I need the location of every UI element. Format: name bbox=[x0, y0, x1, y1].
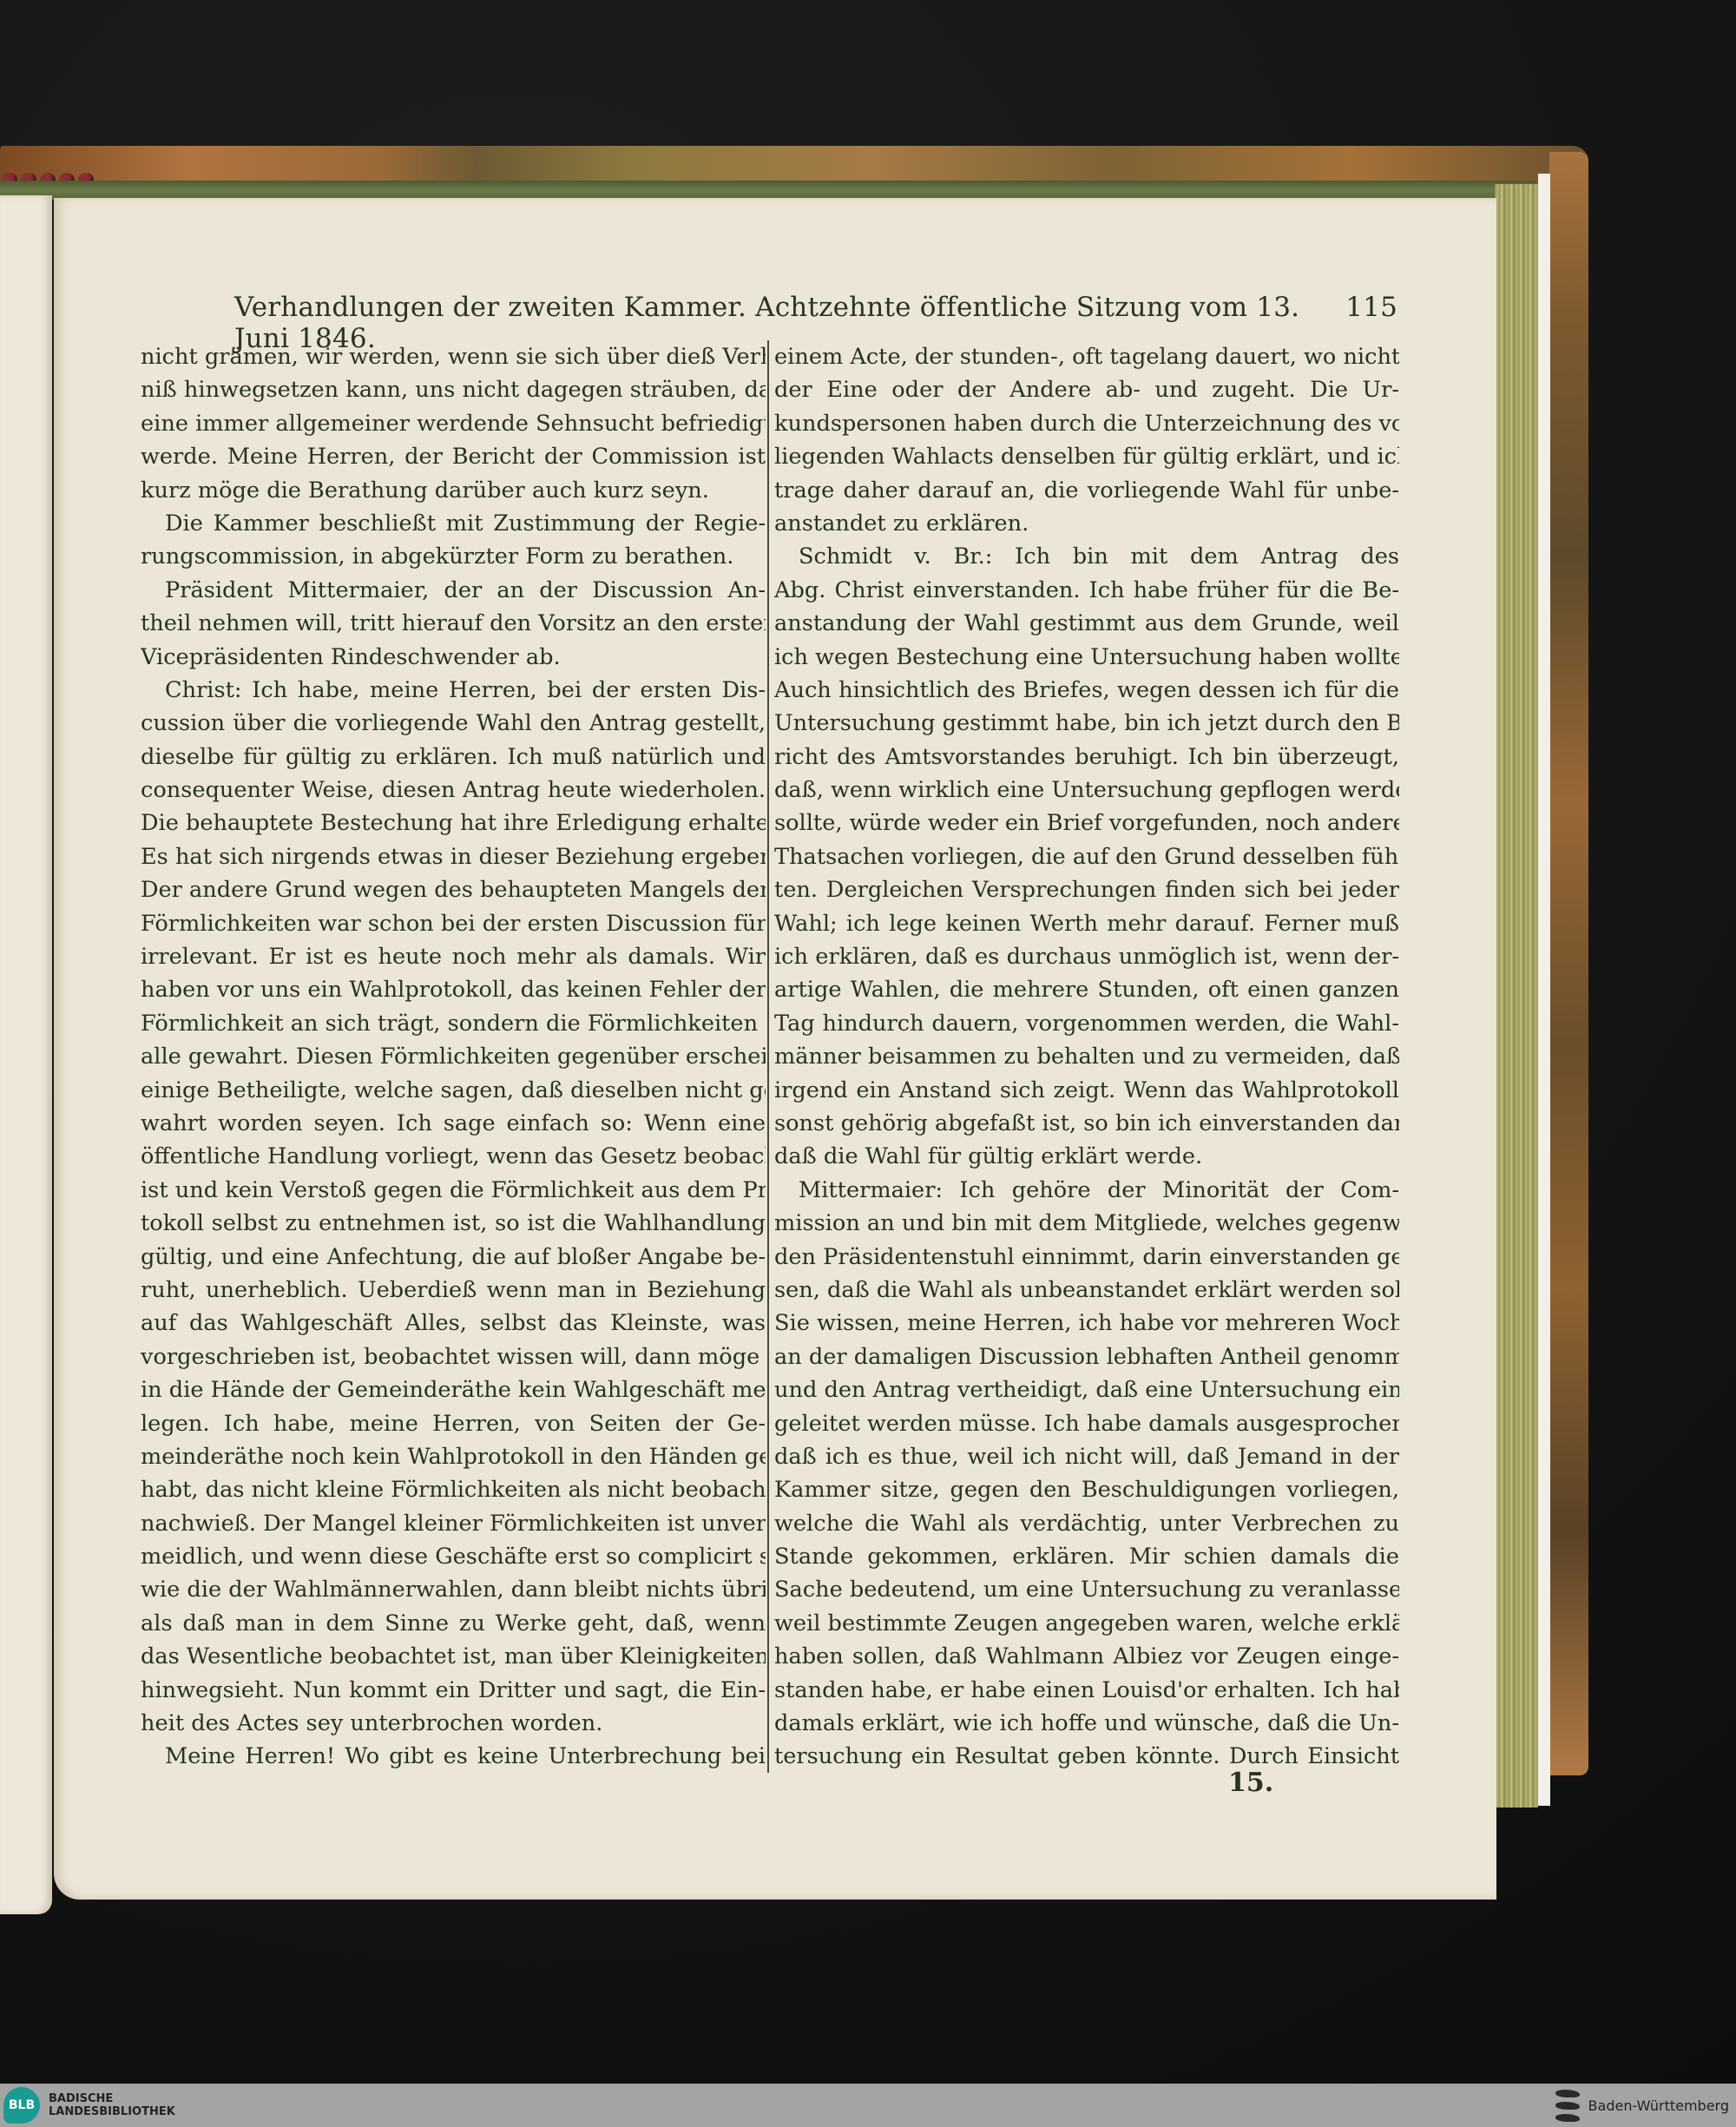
text-line: anstandung der Wahl gestimmt aus dem Gru… bbox=[774, 607, 1399, 640]
endpaper-strip bbox=[1538, 174, 1550, 1806]
text-line: ich wegen Bestechung eine Untersuchung h… bbox=[774, 641, 1399, 674]
page-number: 115 bbox=[1345, 292, 1397, 323]
text-line: Der andere Grund wegen des behaupteten M… bbox=[141, 873, 766, 906]
text-line: Sie wissen, meine Herren, ich habe vor m… bbox=[774, 1307, 1399, 1340]
text-line: tersuchung ein Resultat geben könnte. Du… bbox=[774, 1740, 1399, 1773]
text-line: niß hinwegsetzen kann, uns nicht dagegen… bbox=[141, 373, 766, 406]
text-line: Präsident Mittermaier, der an der Discus… bbox=[141, 574, 766, 607]
text-line: ich erklären, daß es durchaus unmöglich … bbox=[774, 940, 1399, 973]
text-line: daß ich es thue, weil ich nicht will, da… bbox=[774, 1440, 1399, 1473]
text-line: Abg. Christ einverstanden. Ich habe früh… bbox=[774, 574, 1399, 607]
text-line: Vicepräsidenten Rindeschwender ab. bbox=[141, 641, 766, 674]
text-line: meidlich, und wenn diese Geschäfte erst … bbox=[141, 1540, 766, 1573]
text-line: richt des Amtsvorstandes beruhigt. Ich b… bbox=[774, 741, 1399, 774]
text-line: irrelevant. Er ist es heute noch mehr al… bbox=[141, 940, 766, 973]
text-line: Förmlichkeiten war schon bei der ersten … bbox=[141, 907, 766, 940]
text-line: Sache bedeutend, um eine Untersuchung zu… bbox=[774, 1573, 1399, 1606]
text-line: einem Acte, der stunden-, oft tagelang d… bbox=[774, 340, 1399, 373]
text-column-left: nicht grämen, wir werden, wenn sie sich … bbox=[141, 340, 766, 1774]
text-line: heit des Actes sey unterbrochen worden. bbox=[141, 1707, 766, 1740]
blb-name: BADISCHE LANDESBIBLIOTHEK bbox=[49, 2092, 175, 2118]
text-line: dieselbe für gültig zu erklären. Ich muß… bbox=[141, 741, 766, 774]
text-line: ist und kein Verstoß gegen die Förmlichk… bbox=[141, 1174, 766, 1207]
text-line: ruht, unerheblich. Ueberdieß wenn man in… bbox=[141, 1274, 766, 1307]
text-line: in die Hände der Gemeinderäthe kein Wahl… bbox=[141, 1373, 766, 1406]
text-line: daß, wenn wirklich eine Untersuchung gep… bbox=[774, 774, 1399, 807]
text-line: das Wesentliche beobachtet ist, man über… bbox=[141, 1640, 766, 1673]
text-column-right: einem Acte, der stunden-, oft tagelang d… bbox=[774, 340, 1399, 1774]
text-line: wie die der Wahlmännerwahlen, dann bleib… bbox=[141, 1573, 766, 1606]
text-line: Es hat sich nirgends etwas in dieser Bez… bbox=[141, 840, 766, 873]
text-line: geleitet werden müsse. Ich habe damals a… bbox=[774, 1407, 1399, 1440]
text-line: Auch hinsichtlich des Briefes, wegen des… bbox=[774, 674, 1399, 707]
text-line: kundspersonen haben durch die Unterzeich… bbox=[774, 407, 1399, 440]
book-cover-right-edge bbox=[1549, 152, 1588, 1775]
text-line: auf das Wahlgeschäft Alles, selbst das K… bbox=[141, 1307, 766, 1340]
text-line: damals erklärt, wie ich hoffe und wünsch… bbox=[774, 1707, 1399, 1740]
facing-page-sliver bbox=[0, 195, 52, 1914]
text-line: Die behauptete Bestechung hat ihre Erled… bbox=[141, 807, 766, 840]
text-line: Untersuchung gestimmt habe, bin ich jetz… bbox=[774, 707, 1399, 740]
text-line: den Präsidentenstuhl einnimmt, darin ein… bbox=[774, 1241, 1399, 1274]
text-line: Stande gekommen, erklären. Mir schien da… bbox=[774, 1540, 1399, 1573]
text-line: öffentliche Handlung vorliegt, wenn das … bbox=[141, 1140, 766, 1173]
text-line: Kammer sitze, gegen den Beschuldigungen … bbox=[774, 1473, 1399, 1506]
text-line: rungscommission, in abgekürzter Form zu … bbox=[141, 540, 766, 573]
text-line: vorgeschrieben ist, beobachtet wissen wi… bbox=[141, 1340, 766, 1373]
column-divider bbox=[767, 340, 769, 1773]
text-line: tokoll selbst zu entnehmen ist, so ist d… bbox=[141, 1207, 766, 1240]
text-line: Meine Herren! Wo gibt es keine Unterbrec… bbox=[141, 1740, 766, 1773]
text-line: nachwieß. Der Mangel kleiner Förmlichkei… bbox=[141, 1507, 766, 1540]
text-line: und den Antrag vertheidigt, daß eine Unt… bbox=[774, 1373, 1399, 1406]
text-line: daß die Wahl für gültig erklärt werde. bbox=[774, 1140, 1399, 1173]
text-line: cussion über die vorliegende Wahl den An… bbox=[141, 707, 766, 740]
text-line: artige Wahlen, die mehrere Stunden, oft … bbox=[774, 973, 1399, 1006]
text-line: einige Betheiligte, welche sagen, daß di… bbox=[141, 1074, 766, 1107]
text-line: werde. Meine Herren, der Bericht der Com… bbox=[141, 440, 766, 473]
text-line: mission an und bin mit dem Mitgliede, we… bbox=[774, 1207, 1399, 1240]
bw-branding[interactable]: Baden-Württemberg bbox=[1555, 2087, 1729, 2124]
page-fore-edge bbox=[1495, 184, 1538, 1808]
text-line: irgend ein Anstand sich zeigt. Wenn das … bbox=[774, 1074, 1399, 1107]
text-line: eine immer allgemeiner werdende Sehnsuch… bbox=[141, 407, 766, 440]
text-line: Wahl; ich lege keinen Werth mehr darauf.… bbox=[774, 907, 1399, 940]
text-line: ten. Dergleichen Versprechungen finden s… bbox=[774, 873, 1399, 906]
book-cover-top-edge bbox=[0, 146, 1588, 184]
page-block-top-edge bbox=[0, 181, 1536, 200]
text-line: alle gewahrt. Diesen Förmlichkeiten gege… bbox=[141, 1040, 766, 1073]
text-line: consequenter Weise, diesen Antrag heute … bbox=[141, 774, 766, 807]
text-line: Mittermaier: Ich gehöre der Minorität de… bbox=[774, 1174, 1399, 1207]
text-line: theil nehmen will, tritt hierauf den Vor… bbox=[141, 607, 766, 640]
text-line: Förmlichkeit an sich trägt, sondern die … bbox=[141, 1007, 766, 1040]
text-line: nicht grämen, wir werden, wenn sie sich … bbox=[141, 340, 766, 373]
text-line: habt, das nicht kleine Förmlichkeiten al… bbox=[141, 1473, 766, 1506]
running-header: Verhandlungen der zweiten Kammer. Achtze… bbox=[234, 292, 1397, 333]
text-line: Die Kammer beschließt mit Zustimmung der… bbox=[141, 507, 766, 540]
blb-logo-icon: BLB bbox=[3, 2087, 40, 2124]
text-line: weil bestimmte Zeugen angegeben waren, w… bbox=[774, 1607, 1399, 1640]
three-lions-crest-icon bbox=[1555, 2087, 1580, 2124]
text-line: kurz möge die Berathung darüber auch kur… bbox=[141, 474, 766, 507]
blb-name-line1: BADISCHE bbox=[49, 2092, 175, 2105]
blb-branding[interactable]: BLB BADISCHE LANDESBIBLIOTHEK bbox=[3, 2087, 175, 2124]
text-line: gültig, und eine Anfechtung, die auf blo… bbox=[141, 1241, 766, 1274]
text-line: trage daher darauf an, die vorliegende W… bbox=[774, 474, 1399, 507]
text-line: anstandet zu erklären. bbox=[774, 507, 1399, 540]
text-line: Schmidt v. Br.: Ich bin mit dem Antrag d… bbox=[774, 540, 1399, 573]
text-line: haben sollen, daß Wahlmann Albiez vor Ze… bbox=[774, 1640, 1399, 1673]
blb-name-line2: LANDESBIBLIOTHEK bbox=[49, 2105, 175, 2118]
text-line: liegenden Wahlacts denselben für gültig … bbox=[774, 440, 1399, 473]
footer-bar: BLB BADISCHE LANDESBIBLIOTHEK Baden-Würt… bbox=[0, 2084, 1736, 2127]
text-line: männer beisammen zu behalten und zu verm… bbox=[774, 1040, 1399, 1073]
text-line: welche die Wahl als verdächtig, unter Ve… bbox=[774, 1507, 1399, 1540]
text-line: sen, daß die Wahl als unbeanstandet erkl… bbox=[774, 1274, 1399, 1307]
text-line: legen. Ich habe, meine Herren, von Seite… bbox=[141, 1407, 766, 1440]
text-line: Thatsachen vorliegen, die auf den Grund … bbox=[774, 840, 1399, 873]
text-line: haben vor uns ein Wahlprotokoll, das kei… bbox=[141, 973, 766, 1006]
text-line: als daß man in dem Sinne zu Werke geht, … bbox=[141, 1607, 766, 1640]
signature-mark: 15. bbox=[1228, 1768, 1273, 1798]
text-line: Tag hindurch dauern, vorgenommen werden,… bbox=[774, 1007, 1399, 1040]
text-line: sonst gehörig abgefaßt ist, so bin ich e… bbox=[774, 1107, 1399, 1140]
text-line: standen habe, er habe einen Louisd'or er… bbox=[774, 1674, 1399, 1707]
bw-label: Baden-Württemberg bbox=[1588, 2097, 1729, 2114]
text-line: wahrt worden seyen. Ich sage einfach so:… bbox=[141, 1107, 766, 1140]
text-line: an der damaligen Discussion lebhaften An… bbox=[774, 1340, 1399, 1373]
text-line: meinderäthe noch kein Wahlprotokoll in d… bbox=[141, 1440, 766, 1473]
text-line: der Eine oder der Andere ab- und zugeht.… bbox=[774, 373, 1399, 406]
text-line: hinwegsieht. Nun kommt ein Dritter und s… bbox=[141, 1674, 766, 1707]
text-line: sollte, würde weder ein Brief vorgefunde… bbox=[774, 807, 1399, 840]
text-line: Christ: Ich habe, meine Herren, bei der … bbox=[141, 674, 766, 707]
